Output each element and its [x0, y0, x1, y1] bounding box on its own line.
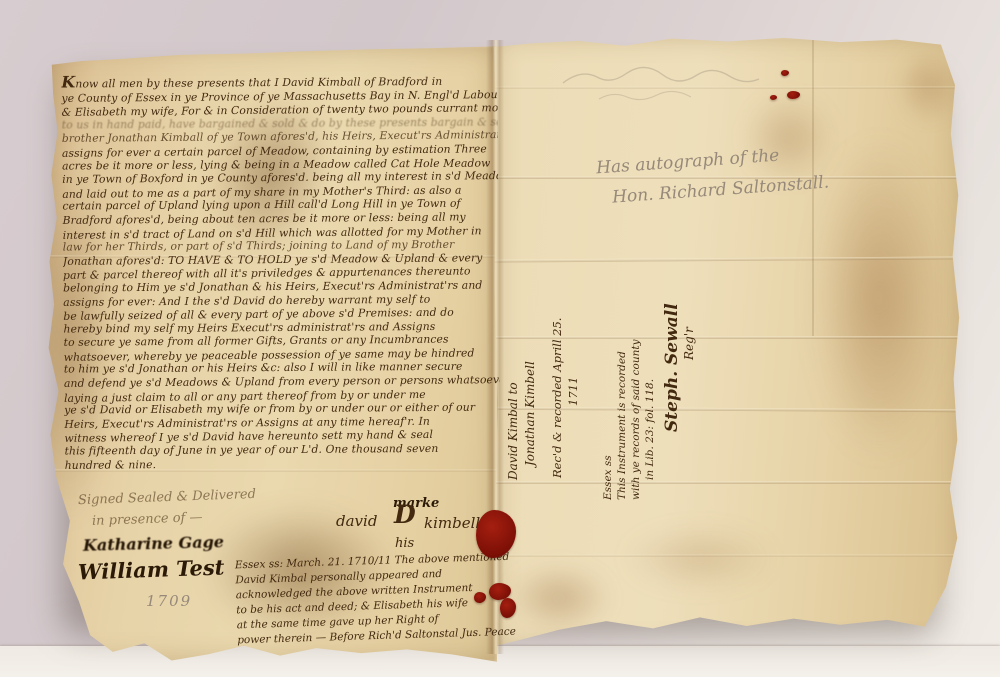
grantor-mark-letter: D: [394, 500, 416, 529]
registry-line: with ye records of said county: [629, 300, 643, 500]
docket-line: Jonathan Kimbell: [522, 330, 539, 466]
paper-stain: [789, 78, 969, 518]
recording-line: 1711: [565, 308, 581, 406]
recording-line: Rec'd & recorded Aprill 25.: [549, 308, 565, 478]
grantor-signature-first-name: david: [336, 512, 377, 530]
registry-line: in Lib. 23: fol. 118.: [643, 300, 657, 480]
fold-crease: [494, 256, 962, 262]
pencil-year-annotation: 1709: [146, 592, 192, 610]
fold-crease: [494, 554, 962, 557]
witness-signature-katharine-gage: Katharine Gage: [83, 532, 224, 555]
his-label: his: [395, 536, 414, 551]
deed-text-line: belonging to Him ye s'd Jonathan & his H…: [63, 278, 499, 295]
registrar-signature: Steph. Sewall Reg'r: [662, 292, 706, 432]
registry-line: This Instrument is recorded: [615, 300, 629, 500]
deed-text-line: hereby bind my self my Heirs Execut'rs a…: [63, 319, 499, 336]
docket-title: David Kimbal to Jonathan Kimbell: [505, 330, 545, 480]
docket-line: David Kimbal to: [505, 330, 522, 480]
deed-text-line: Know all men by these presents that I Da…: [61, 72, 497, 91]
faint-pencil-scrawl: [553, 55, 788, 110]
witness-signature-william-test: William Test: [78, 554, 225, 584]
registrar-title: Reg'r: [682, 292, 696, 360]
fold-crease: [494, 481, 962, 484]
paper-stain: [599, 518, 799, 598]
recording-note: Rec'd & recorded Aprill 25. 1711: [549, 308, 583, 478]
photo-of-deed: Know all men by these presents that I Da…: [0, 0, 1000, 677]
grantor-signature-last-name: kimbell: [424, 514, 480, 532]
registrar-name: Steph. Sewall: [662, 292, 682, 432]
deed-body-text: Know all men by these presents that I Da…: [61, 72, 500, 472]
registry-note: Essex ss This Instrument is recorded wit…: [601, 300, 665, 500]
deed-text-line: acres be it more or less, lying & being …: [62, 156, 498, 173]
registry-line: Essex ss: [601, 300, 615, 500]
